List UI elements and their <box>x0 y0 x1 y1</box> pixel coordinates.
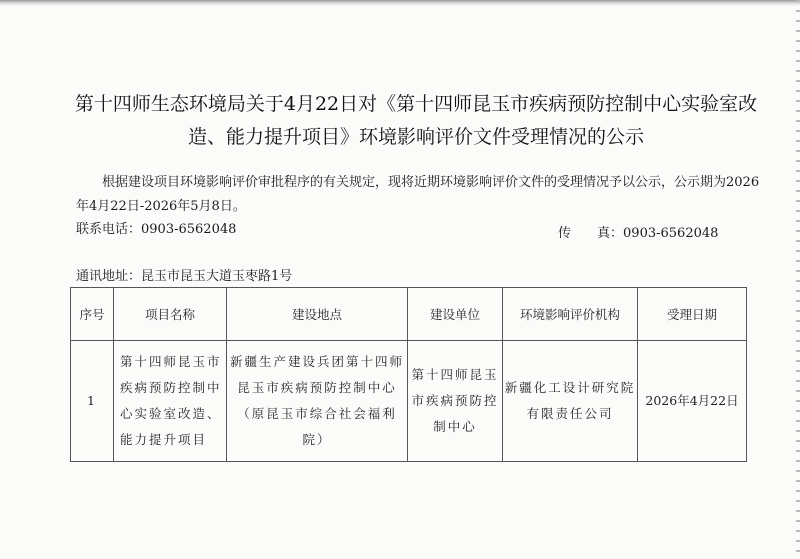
intro-paragraph: 根据建设项目环境影响评价审批程序的有关规定，现将近期环境影响评价文件的受理情况予… <box>76 171 766 219</box>
header-no: 序号 <box>71 288 114 341</box>
fax-label-part2: 真： <box>597 226 623 241</box>
cell-location: 新疆生产建设兵团第十四师昆玉市疾病预防控制中心（原昆玉市综合社会福利院） <box>227 341 408 462</box>
acceptance-table: 序号 项目名称 建设地点 建设单位 环境影响评价机构 受理日期 1 第十四师昆玉… <box>70 287 747 462</box>
cell-eia-agency: 新疆化工设计研究院有限责任公司 <box>503 341 638 462</box>
header-builder: 建设单位 <box>408 288 503 341</box>
cell-builder: 第十四师昆玉市疾病预防控制中心 <box>408 341 503 462</box>
contact-address: 通讯地址：昆玉市昆玉大道玉枣路1号 <box>76 268 292 286</box>
header-project-name: 项目名称 <box>114 288 227 341</box>
cell-accept-date: 2026年4月22日 <box>638 341 747 462</box>
header-eia-agency: 环境影响评价机构 <box>503 288 638 341</box>
address-value: 昆玉市昆玉大道玉枣路1号 <box>141 269 292 284</box>
scan-edge-right <box>796 0 800 559</box>
fax-number: 0903-6562048 <box>623 226 718 241</box>
phone-label: 联系电话： <box>76 222 141 237</box>
document-title: 第十四师生态环境局关于4月22日对《第十四师昆玉市疾病预防控制中心实验室改造、能… <box>66 88 766 154</box>
contact-fax: 传真：0903-6562048 <box>558 223 718 245</box>
table-header-row: 序号 项目名称 建设地点 建设单位 环境影响评价机构 受理日期 <box>71 288 747 341</box>
cell-project-name: 第十四师昆玉市疾病预防控制中心实验室改造、能力提升项目 <box>114 341 227 462</box>
table-row: 1 第十四师昆玉市疾病预防控制中心实验室改造、能力提升项目 新疆生产建设兵团第十… <box>71 341 747 462</box>
header-location: 建设地点 <box>227 288 408 341</box>
cell-no: 1 <box>71 341 114 462</box>
address-label: 通讯地址： <box>76 269 141 284</box>
contact-phone: 联系电话：0903-6562048 <box>76 219 236 241</box>
phone-number: 0903-6562048 <box>141 222 236 237</box>
fax-label-part1: 传 <box>558 226 571 241</box>
header-accept-date: 受理日期 <box>638 288 747 341</box>
scan-edge-top <box>0 0 800 6</box>
